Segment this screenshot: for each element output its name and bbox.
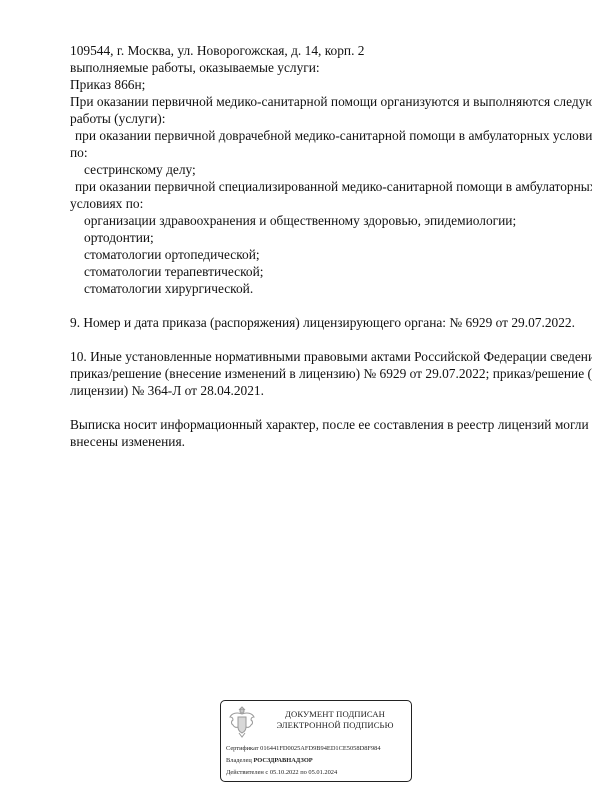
specialized-item: стоматологии ортопедической; bbox=[70, 246, 570, 263]
intro-text-line-1: При оказании первичной медико-санитарной… bbox=[70, 93, 570, 110]
disclaimer-line-2: внесены изменения. bbox=[70, 433, 570, 450]
address-line: 109544, г. Москва, ул. Новорогожская, д.… bbox=[70, 42, 570, 59]
specialized-item: стоматологии хирургической. bbox=[70, 280, 570, 297]
item-9-order-number: 9. Номер и дата приказа (распоряжения) л… bbox=[70, 314, 570, 331]
item-10-line-3: лицензии) № 364-Л от 28.04.2021. bbox=[70, 382, 570, 399]
order-reference: Приказ 866н; bbox=[70, 76, 570, 93]
stamp-details: Сертификат 016441FD0025AFD9B94ED1CE5058D… bbox=[226, 743, 381, 779]
stamp-title-line-1: ДОКУМЕНТ ПОДПИСАН bbox=[261, 709, 409, 720]
specialized-item: ортодонтии; bbox=[70, 229, 570, 246]
specialized-section-line-1: при оказании первичной специализированно… bbox=[70, 178, 570, 195]
prehospital-item: сестринскому делу; bbox=[70, 161, 570, 178]
electronic-signature-stamp: ДОКУМЕНТ ПОДПИСАН ЭЛЕКТРОННОЙ ПОДПИСЬЮ С… bbox=[220, 700, 412, 782]
document-body: 109544, г. Москва, ул. Новорогожская, д.… bbox=[70, 42, 570, 450]
owner-row: Владелец РОСЗДРАВНАДЗОР bbox=[226, 755, 381, 767]
item-10-line-1: 10. Иные установленные нормативными прав… bbox=[70, 348, 570, 365]
owner-label: Владелец bbox=[226, 757, 252, 764]
certificate-value: 016441FD0025AFD9B94ED1CE5058D8F984 bbox=[260, 745, 380, 752]
stamp-title: ДОКУМЕНТ ПОДПИСАН ЭЛЕКТРОННОЙ ПОДПИСЬЮ bbox=[261, 709, 409, 731]
specialized-item: стоматологии терапевтической; bbox=[70, 263, 570, 280]
disclaimer-line-1: Выписка носит информационный характер, п… bbox=[70, 416, 570, 433]
russian-coat-of-arms-icon bbox=[227, 705, 257, 739]
validity-row: Действителен с 05.10.2022 по 05.01.2024 bbox=[226, 767, 381, 779]
stamp-title-line-2: ЭЛЕКТРОННОЙ ПОДПИСЬЮ bbox=[261, 720, 409, 731]
item-10-line-2: приказ/решение (внесение изменений в лиц… bbox=[70, 365, 570, 382]
owner-value: РОСЗДРАВНАДЗОР bbox=[253, 757, 312, 764]
certificate-label: Сертификат bbox=[226, 745, 259, 752]
services-heading: выполняемые работы, оказываемые услуги: bbox=[70, 59, 570, 76]
certificate-row: Сертификат 016441FD0025AFD9B94ED1CE5058D… bbox=[226, 743, 381, 755]
intro-text-line-2: работы (услуги): bbox=[70, 110, 570, 127]
specialized-section-line-2: условиях по: bbox=[70, 195, 570, 212]
specialized-item: организации здравоохранения и общественн… bbox=[70, 212, 570, 229]
prehospital-section-line-2: по: bbox=[70, 144, 570, 161]
prehospital-section-line-1: при оказании первичной доврачебной медик… bbox=[70, 127, 570, 144]
